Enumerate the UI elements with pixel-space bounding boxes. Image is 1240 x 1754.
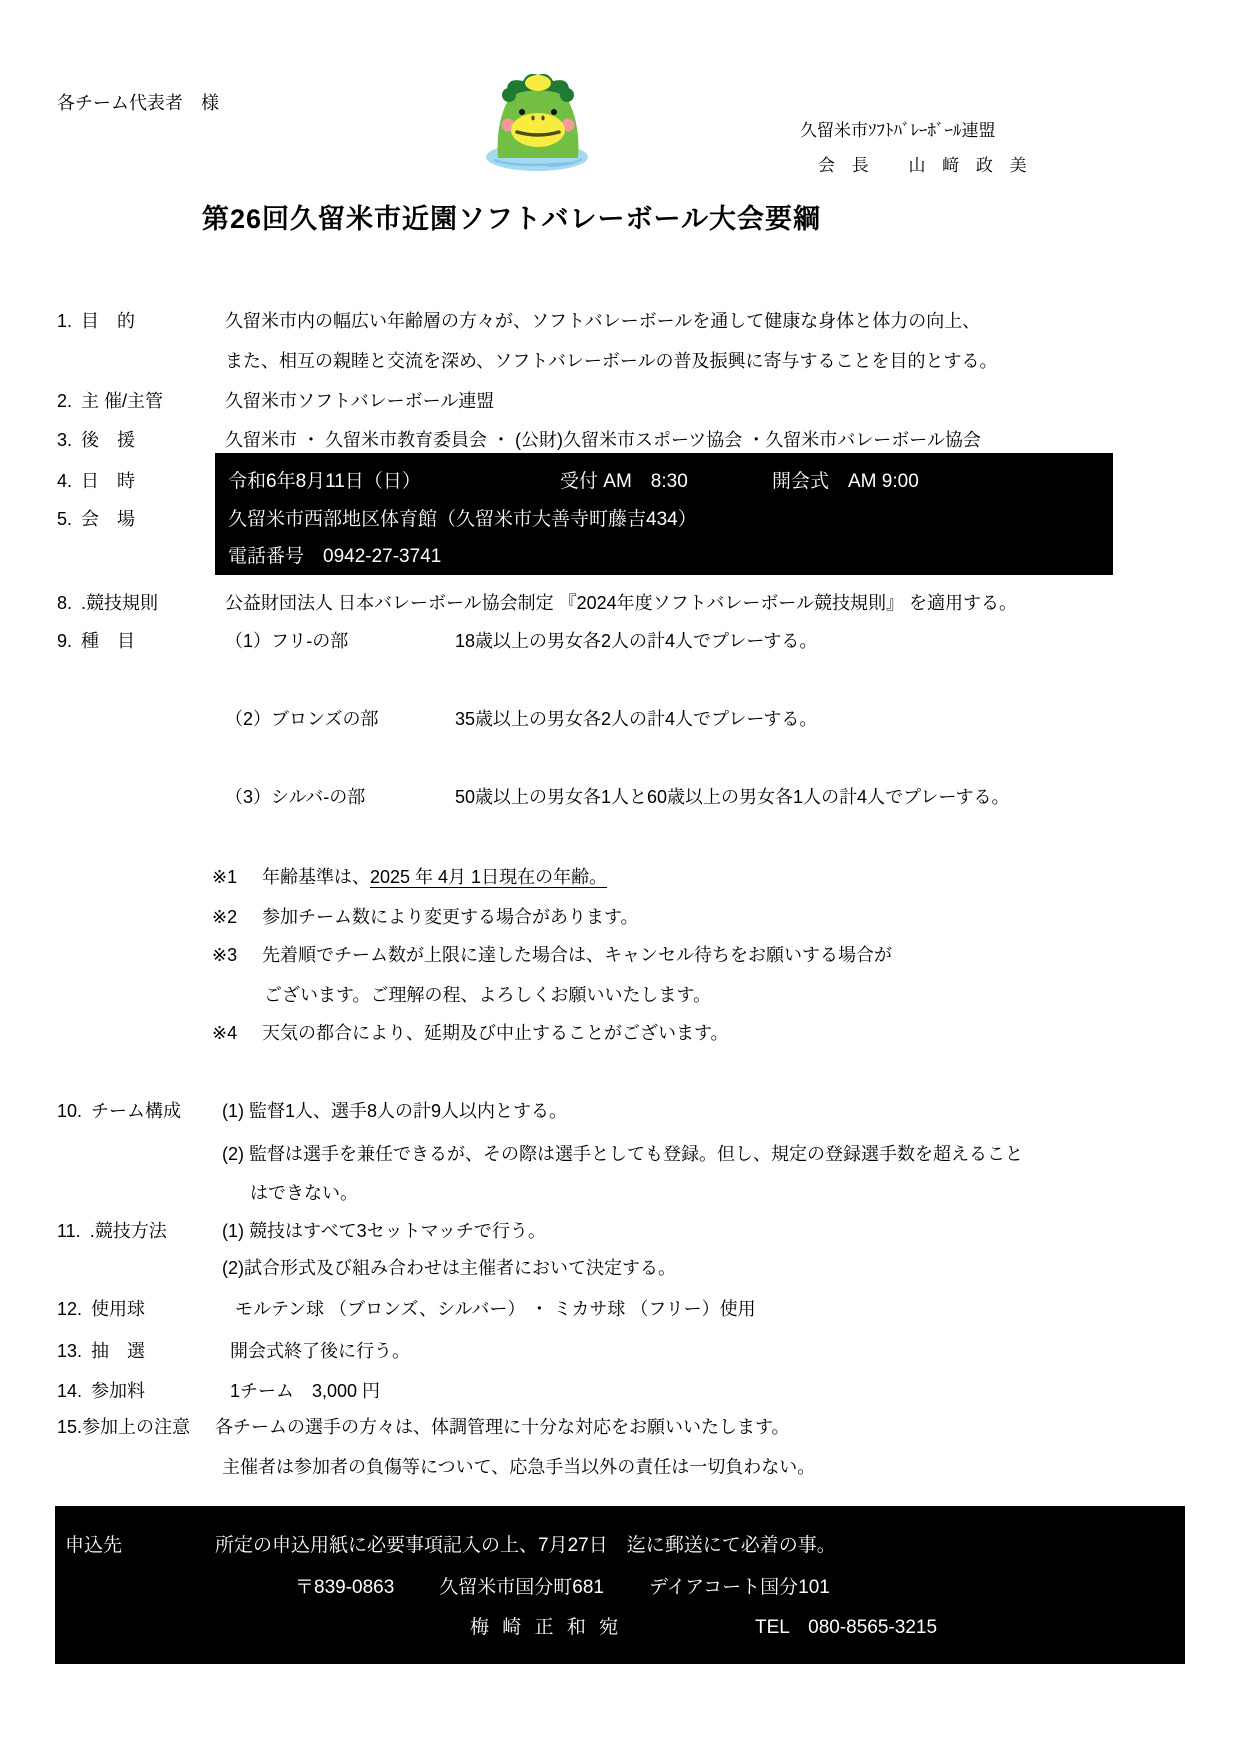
application-recipient: 梅 崎 正 和 宛: [470, 1616, 622, 1640]
application-tel: TEL 080-8565-3215: [755, 1616, 937, 1640]
item-number: 9.: [57, 630, 72, 653]
item-support-text: 久留米市 ・ 久留米市教育委員会 ・ (公財)久留米市スポーツ協会 ・久留米市バ…: [225, 429, 981, 452]
page-title: 第26回久留米市近園ソフトバレーボール大会要綱: [202, 203, 821, 237]
note-1-pre: 年齢基準は、: [262, 867, 370, 887]
item-label: .競技規則: [81, 593, 158, 613]
item-number: 2.: [57, 390, 72, 413]
item-number: 8.: [57, 592, 72, 615]
item-venue-label: 5.会 場: [57, 508, 135, 531]
item-divisions-label: 9.種 目: [57, 630, 135, 653]
note-1-underlined-date: 2025 年 4月 1日現在の年齢。: [370, 867, 607, 887]
item-label: 後 援: [81, 430, 135, 450]
item-purpose-line1: 久留米市内の幅広い年齢層の方々が、ソフトバレーボールを通して健康な身体と体力の向…: [225, 310, 980, 333]
item-label: 参加上の注意: [82, 1417, 190, 1437]
note-2-text: 参加チーム数により変更する場合があります。: [262, 906, 639, 929]
item-label: 日 時: [81, 471, 135, 491]
item-number: 13.: [57, 1340, 82, 1363]
item-team-line1: (1) 監督1人、選手8人の計9人以内とする。: [222, 1100, 567, 1123]
item-label: 参加料: [91, 1381, 145, 1401]
division-free-desc: 18歳以上の男女各2人の計4人でプレーする。: [455, 630, 817, 653]
item-number: 14.: [57, 1380, 82, 1403]
item-caution-line1: 各チームの選手の方々は、体調管理に十分な対応をお願いいたします。: [215, 1416, 790, 1439]
item-purpose-line2: また、相互の親睦と交流を深め、ソフトバレーボールの普及振興に寄与することを目的と…: [225, 350, 998, 373]
division-silver-desc: 50歳以上の男女各1人と60歳以上の男女各1人の計4人でプレーする。: [455, 786, 1009, 809]
item-rules-text: 公益財団法人 日本バレーボール協会制定 『2024年度ソフトバレーボール競技規則…: [225, 592, 1017, 615]
note-3-line1: 先着順でチーム数が上限に達した場合は、キャンセル待ちをお願いする場合が: [262, 944, 892, 967]
item-rules-label: 8..競技規則: [57, 592, 158, 615]
item-method-line1: (1) 競技はすべて3セットマッチで行う。: [222, 1220, 546, 1243]
division-free-name: （1）フリ-の部: [225, 630, 348, 653]
application-instructions: 所定の申込用紙に必要事項記入の上、7月27日 迄に郵送にて必着の事。: [215, 1534, 836, 1558]
item-label: 種 目: [81, 631, 135, 651]
recipient-line: 各チーム代表者 様: [57, 92, 219, 115]
item-caution-line2: 主催者は参加者の負傷等について、応急手当以外の責任は一切負わない。: [222, 1456, 815, 1479]
street-address: 久留米市国分町681: [439, 1577, 604, 1598]
item-purpose-label: 1.目 的: [57, 310, 135, 333]
item-host-label: 2.主 催/主管: [57, 390, 163, 413]
note-2-mark: ※2: [212, 906, 237, 929]
item-label: 抽 選: [91, 1341, 145, 1361]
opening-ceremony-time: 開会式 AM 9:00: [772, 470, 919, 494]
division-bronze-name: （2）ブロンズの部: [225, 708, 378, 731]
item-fee-text: 1チーム 3,000 円: [230, 1380, 380, 1403]
item-datetime-label: 4.日 時: [57, 470, 135, 493]
venue-phone: 電話番号 0942-27-3741: [228, 545, 441, 569]
item-number: 5.: [57, 508, 72, 531]
division-bronze-desc: 35歳以上の男女各2人の計4人でプレーする。: [455, 708, 817, 731]
item-host-text: 久留米市ソフトバレーボール連盟: [225, 390, 494, 413]
note-4-mark: ※4: [212, 1022, 237, 1045]
item-team-label: 10.チーム構成: [57, 1100, 181, 1123]
item-method-label: 11..競技方法: [57, 1220, 167, 1243]
item-label: 主 催/主管: [81, 391, 163, 411]
note-3-mark: ※3: [212, 944, 237, 967]
item-number: 15.: [57, 1416, 82, 1439]
item-number: 4.: [57, 470, 72, 493]
note-3-line2: ございます。ご理解の程、よろしくお願いいたします。: [264, 984, 711, 1007]
event-date: 令和6年8月11日（日）: [228, 470, 421, 494]
note-4-text: 天気の都合により、延期及び中止することがございます。: [262, 1022, 729, 1045]
item-support-label: 3.後 援: [57, 429, 135, 452]
kappa-mascot-image: [478, 68, 600, 174]
item-number: 3.: [57, 429, 72, 452]
application-address-line: 〒839-0863久留米市国分町681デイアコート国分101: [295, 1576, 830, 1600]
item-number: 1.: [57, 310, 72, 333]
division-silver-name: （3）シルバ-の部: [225, 786, 365, 809]
item-number: 12.: [57, 1298, 82, 1321]
application-label: 申込先: [65, 1534, 122, 1558]
item-label: チーム構成: [91, 1101, 181, 1121]
item-label: 使用球: [91, 1299, 145, 1319]
item-number: 10.: [57, 1100, 82, 1123]
organization-name: 久留米市ｿﾌﾄﾊﾞﾚｰﾎﾞｰﾙ連盟: [800, 120, 996, 141]
item-team-line3: はできない。: [250, 1182, 358, 1205]
item-ball-label: 12.使用球: [57, 1298, 145, 1321]
building-name: デイアコート国分101: [649, 1577, 830, 1598]
item-team-line2: (2) 監督は選手を兼任できるが、その際は選手としても登録。但し、規定の登録選手…: [222, 1143, 1023, 1166]
item-label: 目 的: [81, 311, 135, 331]
reception-time: 受付 AM 8:30: [560, 470, 688, 494]
item-method-line2: (2)試合形式及び組み合わせは主催者において決定する。: [222, 1257, 676, 1280]
item-lottery-text: 開会式終了後に行う。: [230, 1340, 410, 1363]
president-name: 会 長 山 﨑 政 美: [818, 155, 1033, 176]
note-1-mark: ※1: [212, 866, 237, 889]
item-label: .競技方法: [90, 1221, 167, 1241]
item-lottery-label: 13.抽 選: [57, 1340, 145, 1363]
item-ball-text: モルテン球 （ブロンズ、シルバー） ・ ミカサ球 （フリー）使用: [235, 1298, 756, 1321]
venue-name: 久留米市西部地区体育館（久留米市大善寺町藤吉434）: [228, 508, 697, 532]
item-number: 11.: [57, 1220, 81, 1243]
note-1-text: 年齢基準は、2025 年 4月 1日現在の年齢。: [262, 866, 607, 889]
item-fee-label: 14.参加料: [57, 1380, 145, 1403]
item-label: 会 場: [81, 509, 135, 529]
document-page: 各チーム代表者 様 久留米市ｿﾌﾄﾊﾞﾚｰﾎﾞｰﾙ連盟 会 長 山 﨑 政 美 …: [0, 0, 1240, 1754]
postal-code: 〒839-0863: [295, 1577, 394, 1598]
item-caution-label: 15.参加上の注意: [57, 1416, 190, 1439]
